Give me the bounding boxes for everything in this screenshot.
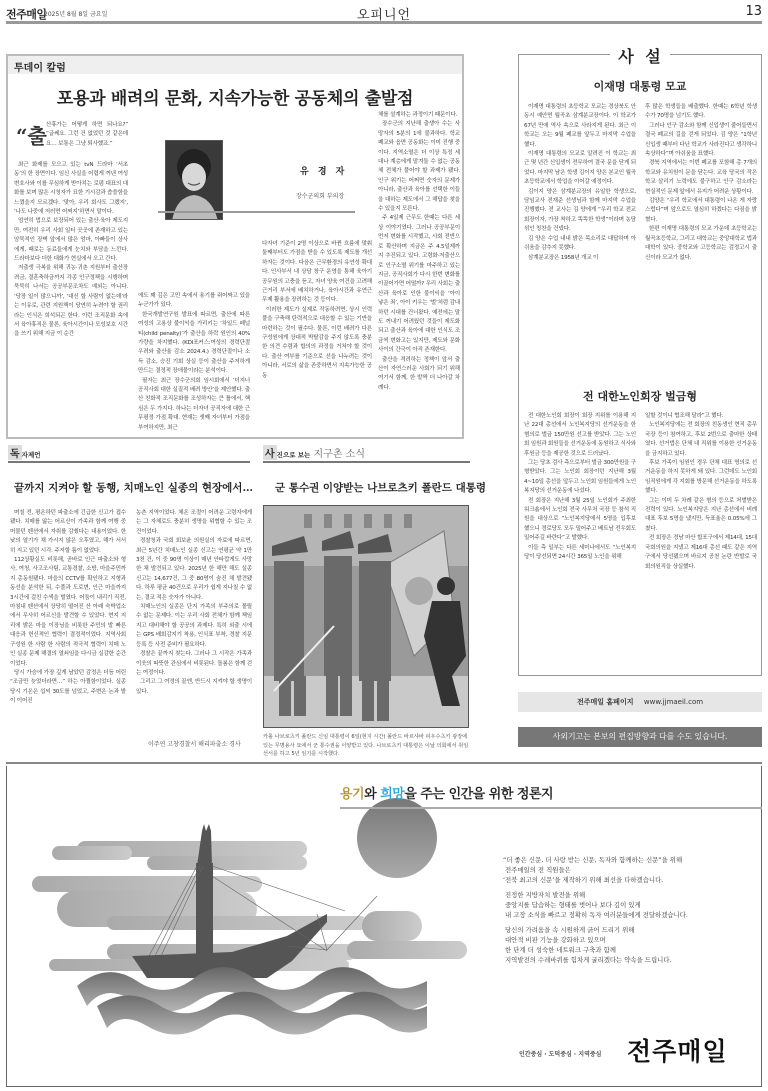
editorial-headline-1: 이재명 대통령 모교 — [520, 78, 760, 94]
ad-headline: 용기와 희망을 주는 인간을 위한 정론지 — [340, 783, 553, 802]
reader-signature: 이주연 고창경찰서 해리파출소 경사 — [148, 739, 241, 748]
author-name: 유 경 자 — [300, 164, 347, 177]
page-number: 13 — [745, 4, 762, 19]
homepage-url-link[interactable]: www.jjmaeil.com — [644, 698, 703, 706]
homepage-banner-text: 전주매일 홈페이지 www.jjmaeil.com — [518, 697, 762, 707]
ad-body: “더 좋은 신문, 더 사랑 받는 신문, 독자와 함께하는 신문”을 위해 전… — [503, 855, 758, 970]
reader-column-headline: 끝까지 지켜야 할 동행, 치매노인 실종의 현장에서… — [14, 480, 253, 495]
today-col2: 에도 꽤 깊은 고민 속에서 용기를 쥐어짜고 있을 누군가가 있다. 한국개발… — [138, 292, 250, 433]
disclaimer-text: 사외기고는 본보의 편집방향과 다를 수도 있습니다. — [518, 731, 762, 742]
drop-cap: “출 — [16, 120, 47, 149]
editorial-headline-2: 전 대한노인회장 벌금형 — [520, 388, 760, 404]
today-column-label: 투데이 칼럼 — [14, 59, 66, 74]
editorial1-col2: 후 많은 학생들을 배출했다. 한때는 6학년 학생 수가 70명을 넘기도 했… — [645, 103, 757, 263]
editorial2-col2: 일할 것이니 협조해 달라”고 했다. 노인복지당에는 전 회장의 친동생인 현… — [645, 412, 757, 664]
editorial-label: 사 설 — [612, 44, 670, 67]
author-photo — [165, 140, 223, 220]
author-title: 장수군의회 부의장 — [296, 191, 344, 200]
author-rule — [158, 211, 355, 213]
photo-news-caption: 카롤 나브로츠키 폴란드 신임 대통령이 6일(현지 시간) 폴란드 바르샤바 … — [263, 733, 469, 759]
photo-news-headline: 군 통수권 이양받는 나브로츠키 폴란드 대통령 — [275, 480, 486, 495]
homepage-label: 전주매일 홈페이지 — [577, 698, 634, 706]
ad-paragraph: “더 좋은 신문, 더 사랑 받는 신문, 독자와 함께하는 신문”을 위해 전… — [503, 855, 758, 885]
today-column-headline: 포용과 배려의 문화, 지속가능한 공동체의 출발점 — [8, 84, 462, 109]
today-col4: 체를 설계하는 과정이기 때문이다. 장수군의 지난해 출생아 수는 사망자의 … — [378, 111, 460, 431]
today-column-header — [8, 56, 462, 74]
today-col3: 다자녀 기준이 2명 이상으로 바뀐 흐름에 맞춰 둘째부터도 가점을 받을 수… — [262, 240, 372, 381]
photo-news-image — [263, 505, 469, 728]
today-col1: 최근 화제를 모으고 있는 tvN 드라마 ‘서초동’의 한 장면이다. 임신 … — [14, 161, 128, 340]
reader-column-rule — [8, 461, 250, 463]
ad-paragraph: 당신의 가려움을 속 시원하게 긁어 드리기 위해 대안적 비판 기능을 강화하… — [503, 925, 758, 965]
issue-date: 2025년 8월 8일 금요일 — [44, 9, 107, 18]
ad-top-rule — [6, 762, 762, 764]
editorial1-col1: 이재명 대통령의 초등학교 모교는 경상북도 안동시 예안면 월곡초 삼계분교장… — [524, 103, 636, 263]
ad-headline-rule — [340, 807, 762, 809]
photo-news-rule — [263, 461, 470, 463]
masthead-rule — [6, 21, 762, 24]
reader-column-label: 독자제언 — [8, 445, 41, 460]
paper-name: 전주매일 — [6, 6, 47, 22]
ad-slogan: 인간중심 · 도덕중심 · 지역중심 — [519, 1049, 601, 1058]
editorial2-col1: 전 대한노인회 회장이 회장 지위를 이용해 지난 22대 총선에서 노인복지당… — [524, 412, 636, 664]
ad-paragraph: 진정한 지방자치 발전을 위해 중앙지를 답습하는 형태를 벗어나 보다 깊이 … — [503, 890, 758, 920]
today-col1-lead: 산휴가는 어떻게 하면 되나요?” “글쎄요. 그런 건 없었던 것 같은데요…… — [46, 121, 128, 149]
reader-col1: 며칠 전, 평온하던 파출소에 긴급한 신고가 접수됐다. 치매를 앓는 어르신… — [10, 509, 126, 707]
reader-col2: 농촌 지역이었다. 체온 조절이 어려운 고령자에게는 그 자체로도 충분히 생… — [136, 509, 252, 697]
photo-news-label: 사진으로 보는 지구촌 소식 — [263, 445, 365, 460]
ad-logo: 전주매일 — [627, 1032, 728, 1068]
